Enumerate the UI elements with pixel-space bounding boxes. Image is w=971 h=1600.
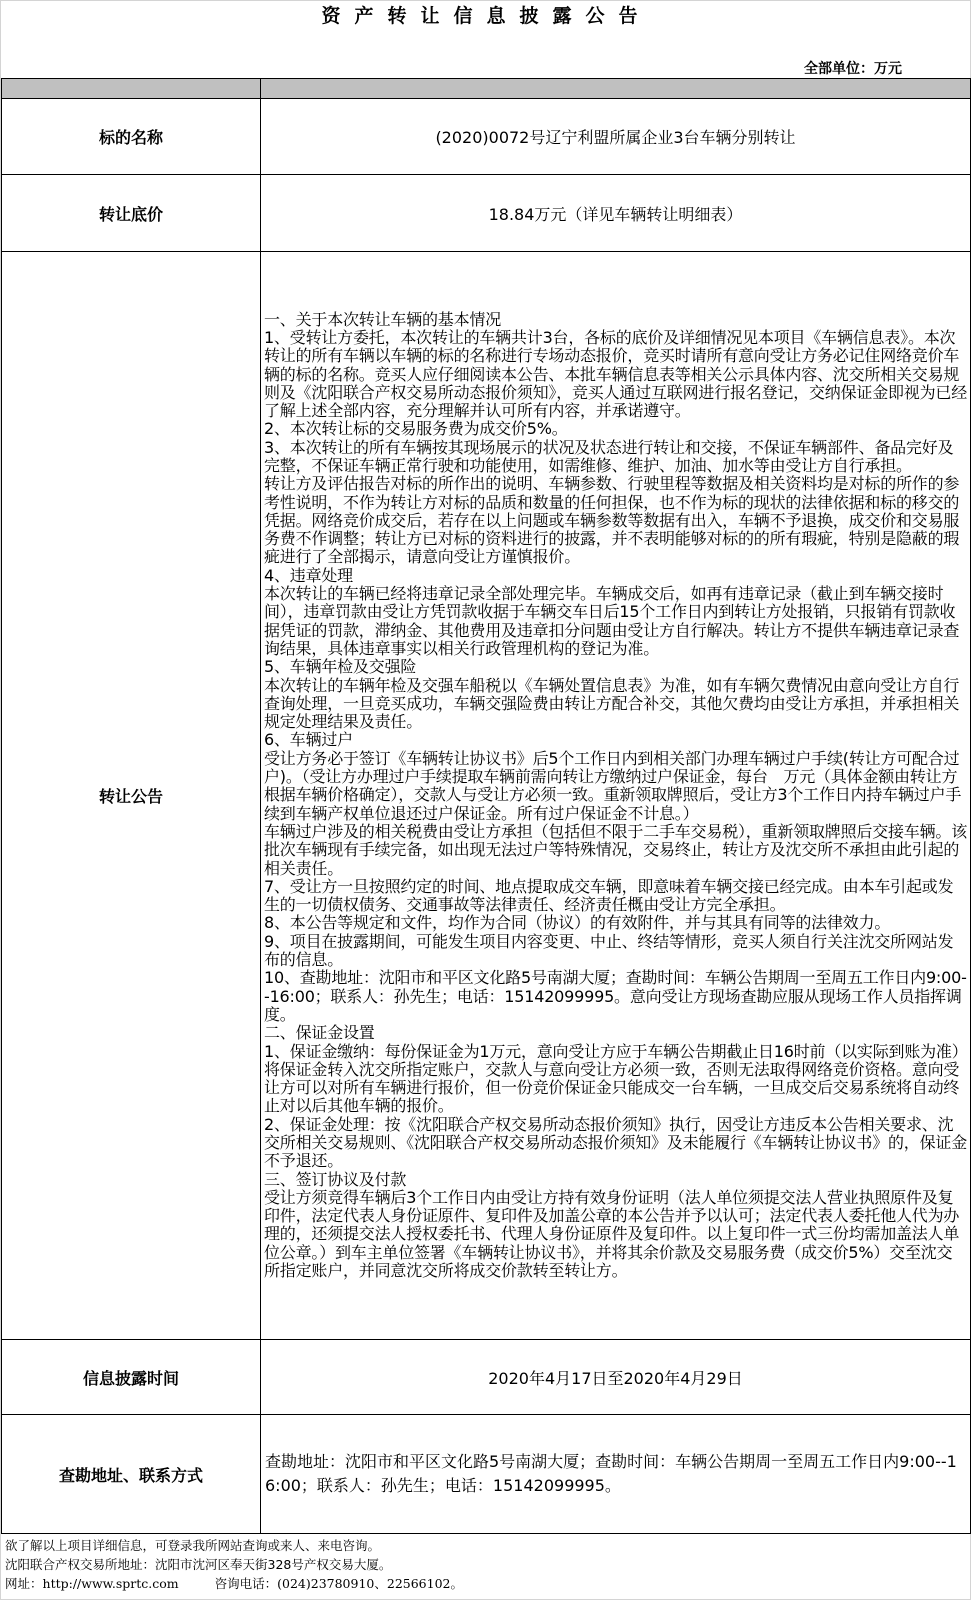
notice-paragraph: 本次转让的车辆已经将违章记录全部处理完毕。车辆成交后，如再有违章记录（截止到车辆… (264, 585, 968, 658)
header-cell-left (2, 79, 261, 99)
disclosure-table: 标的名称 (2020)0072号辽宁利盟所属企业3台车辆分别转让 转让底价 18… (1, 78, 971, 1534)
footer-line-address: 沈阳联合产权交易所地址：沈阳市沈河区奉天街328号产权交易大厦。 (5, 1555, 463, 1574)
notice-paragraph: 3、本次转让的所有车辆按其现场展示的状况及状态进行转让和交接，不保证车辆部件、备… (264, 439, 968, 476)
notice-subheading: 5、车辆年检及交强险 (264, 658, 968, 676)
notice-paragraph: 1、受转让方委托，本次转让的车辆共计3台，各标的底价及详细情况见本项目《车辆信息… (264, 329, 968, 420)
contact-label: 查勘地址、联系方式 (2, 1415, 261, 1534)
notice-section-heading: 二、保证金设置 (264, 1024, 968, 1042)
reserve-price-label: 转让底价 (2, 175, 261, 252)
notice-paragraph: 车辆过户涉及的相关税费由受让方承担（包括但不限于二手车交易税），重新领取牌照后交… (264, 823, 968, 878)
subject-name-label: 标的名称 (2, 99, 261, 175)
header-cell-right (261, 79, 971, 99)
phone-label: 咨询电话： (215, 1576, 278, 1591)
page-title: 资产转让信息披露公告 (1, 3, 971, 29)
contact-value: 查勘地址：沈阳市和平区文化路5号南湖大厦；查勘时间：车辆公告期周一至周五工作日内… (261, 1415, 971, 1534)
table-header-row (2, 79, 971, 99)
notice-paragraph: 2、本次转让标的交易服务费为成交价5%。 (264, 420, 968, 438)
footer-info: 欲了解以上项目详细信息，可登录我所网站查询或来人、来电咨询。 沈阳联合产权交易所… (5, 1536, 463, 1593)
table-row-contact: 查勘地址、联系方式 查勘地址：沈阳市和平区文化路5号南湖大厦；查勘时间：车辆公告… (2, 1415, 971, 1534)
notice-paragraph: 9、项目在披露期间，可能发生项目内容变更、中止、终结等情形，竞买人须自行关注沈交… (264, 933, 968, 970)
notice-paragraph: 本次转让的车辆年检及交强车船税以《车辆处置信息表》为准，如有车辆欠费情况由意向受… (264, 677, 968, 732)
website-link[interactable]: http://www.sprtc.com (43, 1576, 179, 1591)
phone-number: (024)23780910、22566102。 (277, 1576, 463, 1591)
notice-paragraph: 2、保证金处理：按《沈阳联合产权交易所动态报价须知》执行，因受让方违反本公告相关… (264, 1116, 968, 1171)
notice-subheading: 6、车辆过户 (264, 731, 968, 749)
disclosure-period-value: 2020年4月17日至2020年4月29日 (261, 1340, 971, 1415)
transfer-notice-label: 转让公告 (2, 252, 261, 1340)
website-label: 网址： (5, 1576, 43, 1591)
unit-note: 全部单位：万元 (804, 59, 902, 79)
notice-paragraph: 10、查勘地址：沈阳市和平区文化路5号南湖大厦；查勘时间：车辆公告期周一至周五工… (264, 969, 968, 1024)
notice-paragraph: 转让方及评估报告对标的所作出的说明、车辆参数、行驶里程等数据及相关资料均是对标的… (264, 475, 968, 566)
table-row-transfer-notice: 转让公告 一、关于本次转让车辆的基本情况 1、受转让方委托，本次转让的车辆共计3… (2, 252, 971, 1340)
notice-paragraph: 7、受让方一旦按照约定的时间、地点提取成交车辆，即意味着车辆交接已经完成。由本车… (264, 878, 968, 915)
disclosure-period-label: 信息披露时间 (2, 1340, 261, 1415)
table-row-disclosure-period: 信息披露时间 2020年4月17日至2020年4月29日 (2, 1340, 971, 1415)
reserve-price-value: 18.84万元（详见车辆转让明细表） (261, 175, 971, 252)
notice-subheading: 4、违章处理 (264, 567, 968, 585)
notice-section-heading: 三、签订协议及付款 (264, 1171, 968, 1189)
notice-section-heading: 一、关于本次转让车辆的基本情况 (264, 311, 968, 329)
table-row-subject-name: 标的名称 (2020)0072号辽宁利盟所属企业3台车辆分别转让 (2, 99, 971, 175)
announcement-page: 资产转让信息披露公告 全部单位：万元 标的名称 (2020)0072号辽宁利盟所… (0, 0, 971, 1600)
table-row-reserve-price: 转让底价 18.84万元（详见车辆转让明细表） (2, 175, 971, 252)
subject-name-value: (2020)0072号辽宁利盟所属企业3台车辆分别转让 (261, 99, 971, 175)
notice-paragraph: 8、本公告等规定和文件，均作为合同（协议）的有效附件，并与其具有同等的法律效力。 (264, 914, 968, 932)
notice-paragraph: 受让方务必于签订《车辆转让协议书》后5个工作日内到相关部门办理车辆过户手续(转让… (264, 750, 968, 823)
transfer-notice-body: 一、关于本次转让车辆的基本情况 1、受转让方委托，本次转让的车辆共计3台，各标的… (261, 252, 971, 1340)
footer-line-inquiry: 欲了解以上项目详细信息，可登录我所网站查询或来人、来电咨询。 (5, 1536, 463, 1555)
footer-line-contact: 网址：http://www.sprtc.com咨询电话：(024)2378091… (5, 1574, 463, 1593)
notice-paragraph: 1、保证金缴纳：每份保证金为1万元，意向受让方应于车辆公告期截止日16时前（以实… (264, 1043, 968, 1116)
notice-paragraph: 受让方须竞得车辆后3个工作日内由受让方持有效身份证明（法人单位须提交法人营业执照… (264, 1189, 968, 1280)
